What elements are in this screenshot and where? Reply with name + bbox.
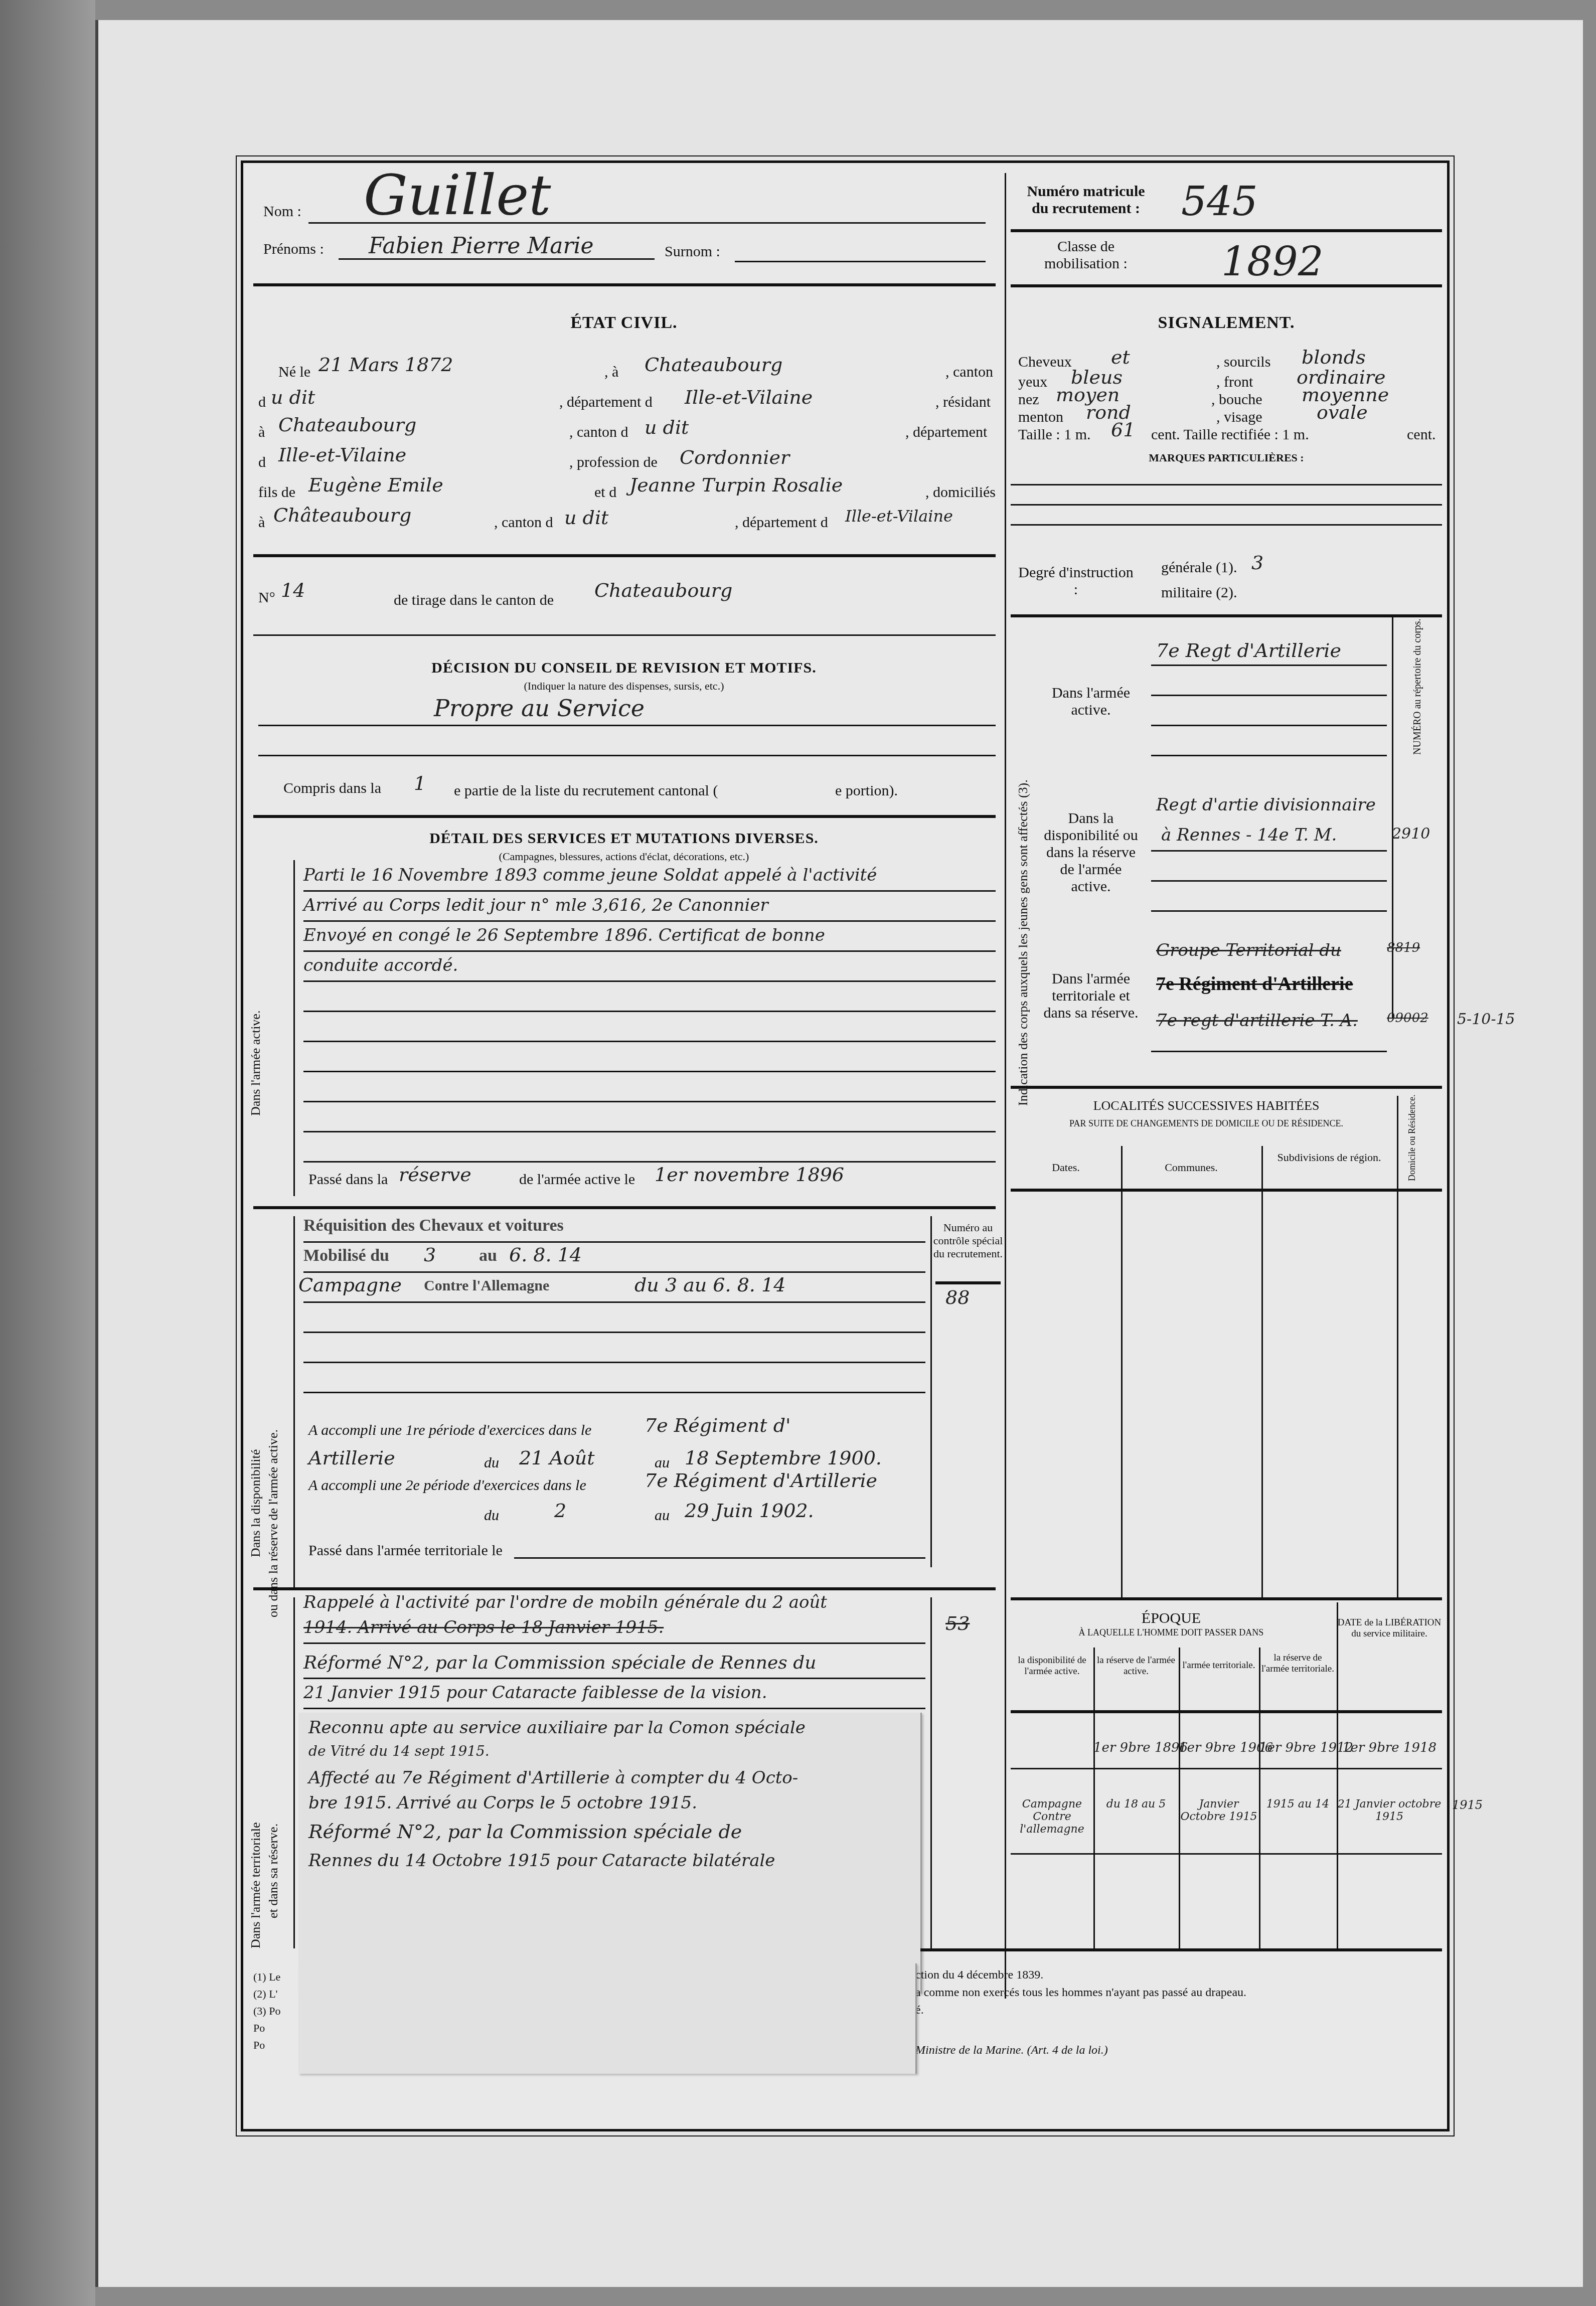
footnote-marker: Po — [253, 2039, 265, 2051]
detail-services-subtitle: (Campagnes, blessures, actions d'éclat, … — [243, 850, 1005, 863]
corps-terr-numero: 8819 — [1387, 940, 1420, 955]
rule — [253, 815, 996, 818]
numero-controle-header: Numéro au contrôle spécial du recrutemen… — [933, 1221, 1003, 1260]
residant-label: , résidant — [935, 394, 991, 411]
campagne-hand: Campagne — [298, 1274, 402, 1296]
numero-controle-value: 88 — [945, 1286, 970, 1308]
corps-terr-date: 5-10-15 — [1457, 1011, 1515, 1028]
rule — [303, 980, 996, 982]
epoque-value-reserve-territoriale: 1er 9bre 1912 — [1259, 1740, 1337, 1755]
ne-le-label: Né le — [278, 364, 310, 381]
rule — [308, 222, 986, 224]
passe-date: 1er novembre 1896 — [655, 1164, 844, 1186]
mobilise-au: 6. 8. 14 — [509, 1244, 582, 1266]
matricule-form: Nom : Guillet Prénoms : Fabien Pierre Ma… — [241, 160, 1450, 2131]
epoque-col-reserve-territoriale: la réserve de l'armée territoriale. — [1259, 1653, 1337, 1675]
rule — [303, 950, 996, 952]
parents-canton: u dit — [564, 507, 608, 529]
side-label-disponibilite: Dans la disponibilité — [248, 1449, 263, 1557]
column-divider — [1121, 1146, 1123, 1597]
territoriale-line: bre 1915. Arrivé au Corps le 5 octobre 1… — [308, 1793, 697, 1813]
parents-departement: Ille-et-Vilaine — [845, 507, 953, 526]
passe-mid: de l'armée active le — [519, 1171, 635, 1188]
column-divider — [930, 1597, 932, 1948]
localites-col-dates: Dates. — [1011, 1161, 1121, 1174]
tirage-canton: Chateaubourg — [594, 579, 732, 601]
campagne-dates: du 3 au 6. 8. 14 — [634, 1274, 785, 1296]
du-label: du — [484, 1454, 499, 1471]
corps-side-label: Indication des corps auxquels les jeunes… — [1016, 779, 1031, 1106]
taille-label: Taille : 1 m. — [1018, 426, 1091, 443]
epoque-col-disponibilite: la disponibilité de l'armée active. — [1011, 1655, 1093, 1677]
territoriale-line: Rennes du 14 Octobre 1915 pour Cataracte… — [308, 1851, 775, 1871]
detail-services-title: DÉTAIL DES SERVICES ET MUTATIONS DIVERSE… — [243, 830, 1005, 847]
visage-value: ovale — [1317, 401, 1368, 423]
militaire-label: militaire (2). — [1161, 584, 1237, 601]
decision-title: DÉCISION DU CONSEIL DE REVISION ET MOTIF… — [243, 660, 1005, 677]
column-divider — [1392, 617, 1393, 1018]
yeux-label: yeux — [1018, 374, 1047, 391]
taille-value: 61 — [1111, 419, 1135, 441]
taille-rect-suffix: cent. — [1407, 426, 1435, 443]
localites-col-domicile: Domicile ou Résidence. — [1407, 1095, 1417, 1181]
a-label: , à — [604, 364, 618, 381]
departement-label: , département — [905, 424, 987, 441]
rule — [935, 1281, 1001, 1284]
rule — [1011, 284, 1442, 287]
rule — [303, 1678, 925, 1679]
d-label: d — [258, 454, 266, 471]
visage-label: , visage — [1216, 409, 1262, 426]
territoriale-line: Réformé N°2, par la Commission spéciale … — [303, 1653, 816, 1673]
territoriale-line: Affecté au 7e Régiment d'Artillerie à co… — [308, 1768, 798, 1788]
corps-dispo-numero: 2910 — [1392, 825, 1430, 843]
canton-label: , canton d — [569, 424, 628, 441]
campagne-row-cell: Campagne Contre l'allemagne — [1011, 1798, 1093, 1836]
footnote-markers: (1) Le (2) L' (3) Po Po Po — [253, 1968, 280, 2054]
portion-suffix: e portion). — [835, 782, 898, 799]
corps-terr-value: Groupe Territorial du — [1156, 940, 1341, 960]
departement-label: , département d — [559, 394, 653, 411]
rule — [514, 1557, 925, 1559]
rule — [920, 1948, 1442, 1951]
au-stamp: au — [479, 1246, 497, 1265]
footnote-marker: (3) Po — [253, 2005, 280, 2017]
rule — [1151, 725, 1387, 726]
compris-value: 1 — [414, 772, 426, 794]
bracket — [293, 860, 295, 1196]
birth-place: Chateaubourg — [645, 354, 782, 376]
campagne-row-cell: 21 Janvier octobre 1915 — [1337, 1798, 1442, 1823]
rule — [1011, 1853, 1442, 1855]
decision-value: Propre au Service — [434, 695, 645, 722]
column-divider — [930, 1216, 932, 1567]
sourcils-label: , sourcils — [1216, 354, 1270, 371]
footnote-line: Ministre de la Marine. (Art. 4 de la loi… — [915, 2044, 1108, 2057]
requisition-stamp: Réquisition des Chevaux et voitures — [303, 1216, 564, 1235]
rule — [1151, 695, 1387, 696]
canton-label: , canton d — [494, 514, 553, 531]
footnote-line: ction du 4 décembre 1839. — [915, 1968, 1043, 1982]
d-label: d — [258, 394, 266, 411]
rule — [303, 1642, 925, 1644]
rule — [253, 1206, 996, 1209]
rule — [1011, 1086, 1442, 1089]
rule — [1151, 755, 1387, 756]
rule — [303, 1041, 996, 1042]
du-label: du — [484, 1507, 499, 1524]
au-label: au — [655, 1454, 670, 1471]
rule — [1011, 504, 1442, 506]
epoque-subtitle: À LAQUELLE L'HOMME DOIT PASSER DANS — [1011, 1627, 1332, 1638]
rule — [253, 1587, 996, 1590]
cheveux-value: et — [1111, 346, 1130, 368]
rule — [1151, 1051, 1387, 1052]
rule — [303, 1332, 925, 1333]
column-divider — [1397, 1096, 1398, 1597]
corps-active-value: 7e Regt d'Artillerie — [1156, 639, 1341, 662]
au-label: au — [655, 1507, 670, 1524]
classe-label: Classe de mobilisation : — [1021, 238, 1151, 272]
liberation-header: DATE de la LIBÉRATION du service militai… — [1337, 1617, 1442, 1639]
canton-label: , canton — [945, 364, 993, 381]
column-divider — [1261, 1146, 1263, 1597]
bracket — [293, 1597, 295, 1948]
a-label: à — [258, 514, 265, 531]
nom-value: Guillet — [364, 163, 551, 227]
numero-controle-value: 53 — [945, 1612, 970, 1634]
prenoms-label: Prénoms : — [263, 241, 324, 258]
numero-repertoire: NUMÉRO au répertoire du corps. — [1412, 618, 1423, 755]
taille-suffix: cent. Taille rectifiée : 1 m. — [1151, 426, 1309, 443]
periode1-label: A accompli une 1re période d'exercices d… — [308, 1422, 591, 1439]
rule — [1151, 880, 1387, 882]
residence-canton: u dit — [645, 416, 689, 438]
territoriale-line: Réformé N°2, par la Commission spéciale … — [308, 1821, 742, 1843]
corps-terr-value-stamp: 7e Régiment d'Artillerie — [1156, 973, 1353, 995]
bouche-label: , bouche — [1211, 391, 1262, 408]
territoriale-line: de Vitré du 14 sept 1915. — [308, 1743, 490, 1759]
rule — [253, 634, 996, 636]
column-divider — [1005, 173, 1006, 1999]
periode2-du: 2 — [554, 1500, 566, 1522]
footnote-marker: (1) Le — [253, 1970, 280, 1983]
rule — [1011, 1768, 1442, 1769]
binding-edge — [0, 0, 95, 2306]
compris-label: Compris dans la — [283, 780, 381, 797]
footnote-marker: (2) L' — [253, 1988, 278, 2000]
side-label-reserve-territoriale: et dans sa réserve. — [266, 1824, 281, 1918]
territoriale-label: Passé dans l'armée territoriale le — [308, 1542, 503, 1559]
corps-dispo-value: Regt d'artie divisionnaire — [1156, 795, 1376, 815]
profession-label: , profession de — [569, 454, 658, 471]
decision-subtitle: (Indiquer la nature des dispenses, sursi… — [243, 680, 1005, 693]
fils-de-label: fils de — [258, 484, 295, 501]
periode2-au: 29 Juin 1902. — [685, 1500, 814, 1522]
birth-date: 21 Mars 1872 — [318, 354, 453, 376]
rule — [303, 1161, 996, 1163]
rule — [1011, 1710, 1442, 1713]
localites-col-communes: Communes. — [1121, 1161, 1261, 1174]
etat-civil-title: ÉTAT CIVIL. — [243, 313, 1005, 333]
mobilise-stamp: Mobilisé du — [303, 1246, 389, 1265]
rule — [1011, 1597, 1442, 1600]
rule — [253, 554, 996, 557]
corps-active-label: Dans l'armée active. — [1041, 685, 1141, 719]
service-line: conduite accordé. — [303, 955, 458, 975]
rule — [303, 1241, 925, 1243]
service-line: Arrivé au Corps ledit jour n° mle 3,616,… — [303, 895, 768, 915]
classe-value: 1892 — [1221, 238, 1324, 285]
rule — [303, 1071, 996, 1072]
tirage-number: 14 — [281, 579, 305, 601]
sourcils-value: blonds — [1302, 346, 1366, 368]
rule — [258, 755, 996, 756]
epoque-col-reserve-active: la réserve de l'armée active. — [1093, 1655, 1179, 1677]
territoriale-line: 1914. Arrivé au Corps le 18 Janvier 1915… — [303, 1617, 664, 1637]
corps-terr-numero: 09002 — [1387, 1011, 1428, 1026]
surnom-label: Surnom : — [665, 243, 720, 260]
matricule-value: 545 — [1181, 178, 1258, 225]
corps-dispo-value: à Rennes - 14e T. M. — [1161, 825, 1337, 845]
residence-commune: Chateaubourg — [278, 414, 416, 436]
rule — [303, 1101, 996, 1102]
campagne-row-cell: Janvier Octobre 1915 — [1179, 1798, 1259, 1823]
localites-subtitle: PAR SUITE DE CHANGEMENTS DE DOMICILE OU … — [1011, 1118, 1402, 1129]
periode1-corps2: Artillerie — [308, 1447, 395, 1469]
rule — [1011, 484, 1442, 485]
rule — [303, 1301, 925, 1303]
bracket — [293, 1216, 295, 1587]
rule — [1011, 1189, 1442, 1192]
service-line: Parti le 16 Novembre 1893 comme jeune So… — [303, 865, 877, 885]
generale-label: générale (1). — [1161, 559, 1237, 576]
instruction-label: Degré d'instruction : — [1016, 564, 1136, 598]
periode1-corps: 7e Régiment d' — [645, 1414, 790, 1436]
margin-note: 1915 — [1452, 1798, 1483, 1812]
periode2-label: A accompli une 2e période d'exercices da… — [308, 1477, 586, 1494]
corps-terr-label: Dans l'armée territoriale et dans sa rés… — [1041, 970, 1141, 1022]
localites-title: LOCALITÉS SUCCESSIVES HABITÉES — [1011, 1098, 1402, 1113]
parents-commune: Châteaubourg — [273, 504, 411, 526]
nom-label: Nom : — [263, 203, 301, 220]
rule — [253, 283, 996, 286]
pasted-slip-lower — [298, 1963, 917, 2074]
father-name: Eugène Emile — [308, 474, 443, 496]
epoque-value-reserve-active: 1er 9bre 1896 — [1093, 1740, 1179, 1755]
corps-terr-value: 7e regt d'artillerie T. A. — [1156, 1011, 1358, 1031]
generale-value: 3 — [1251, 552, 1263, 574]
rule — [1011, 229, 1442, 232]
rule — [1011, 614, 1442, 617]
matricule-label: Numéro matricule du recrutement : — [1021, 183, 1151, 217]
side-label-territoriale: Dans l'armée territoriale — [248, 1822, 263, 1948]
campagne-row-cell: 1915 au 14 — [1259, 1798, 1337, 1810]
nez-label: nez — [1018, 391, 1039, 408]
rule — [303, 1011, 996, 1012]
mother-name: Jeanne Turpin Rosalie — [629, 474, 843, 496]
profession-value: Cordonnier — [680, 446, 789, 468]
front-label: , front — [1216, 374, 1253, 391]
liberation-value: 1er 9bre 1918 — [1337, 1740, 1442, 1755]
territoriale-line: Rappelé à l'activité par l'ordre de mobi… — [303, 1592, 827, 1612]
rule — [1151, 665, 1387, 666]
rule — [1011, 524, 1442, 526]
marques-title: MARQUES PARTICULIÈRES : — [1006, 451, 1447, 464]
territoriale-line: 21 Janvier 1915 pour Cataracte faiblesse… — [303, 1683, 767, 1703]
rule — [258, 725, 996, 726]
rule — [303, 920, 996, 922]
rule — [339, 258, 655, 260]
footnote-line: a comme non exercés tous les hommes n'ay… — [915, 1986, 1246, 2000]
et-d-label: et d — [594, 484, 616, 501]
no-label: N° — [258, 589, 275, 606]
service-line: Envoyé en congé le 26 Septembre 1896. Ce… — [303, 925, 825, 945]
rule — [303, 1362, 925, 1363]
departement-label: , département d — [735, 514, 828, 531]
domicilies-label: , domiciliés — [925, 484, 996, 501]
epoque-col-territoriale: l'armée territoriale. — [1179, 1660, 1259, 1671]
epoque-value-territoriale: 1er 9bre 1906 — [1179, 1740, 1259, 1755]
column-divider — [1337, 1602, 1338, 1948]
menton-label: menton — [1018, 409, 1063, 426]
cheveux-label: Cheveux — [1018, 354, 1072, 371]
signalement-title: SIGNALEMENT. — [1006, 313, 1447, 333]
rule — [1151, 910, 1387, 912]
footnote-marker: Po — [253, 2022, 265, 2034]
passe-value: réserve — [399, 1164, 471, 1186]
rule — [303, 890, 996, 892]
rule — [303, 1131, 996, 1132]
epoque-title: ÉPOQUE — [1011, 1610, 1332, 1627]
rule — [303, 1392, 925, 1393]
campagne-stamp: Contre l'Allemagne — [424, 1277, 549, 1294]
residence-departement: Ille-et-Vilaine — [278, 444, 406, 466]
passe-label: Passé dans la — [308, 1171, 388, 1188]
rule — [1151, 850, 1387, 852]
mobilise-du: 3 — [424, 1244, 436, 1266]
localites-col-subdivisions: Subdivisions de région. — [1261, 1151, 1397, 1164]
prenoms-value: Fabien Pierre Marie — [369, 233, 594, 259]
rule — [735, 261, 986, 262]
rule — [303, 1708, 925, 1709]
periode2-corps: 7e Régiment d'Artillerie — [645, 1469, 877, 1492]
corps-dispo-label: Dans la disponibilité ou dans la réserve… — [1041, 810, 1141, 895]
periode1-du: 21 Août — [519, 1447, 595, 1469]
tirage-label: de tirage dans le canton de — [394, 592, 554, 609]
campagne-row-cell: du 18 au 5 — [1093, 1798, 1179, 1810]
rule — [303, 1271, 925, 1273]
a-label: à — [258, 424, 265, 441]
side-label-armee-active: Dans l'armée active. — [248, 1011, 263, 1116]
periode1-au: 18 Septembre 1900. — [685, 1447, 882, 1469]
birth-canton: u dit — [271, 386, 315, 408]
territoriale-line: Reconnu apte au service auxiliaire par l… — [308, 1718, 806, 1738]
birth-departement: Ille-et-Vilaine — [685, 386, 813, 408]
compris-suffix: e partie de la liste du recrutement cant… — [454, 782, 718, 799]
